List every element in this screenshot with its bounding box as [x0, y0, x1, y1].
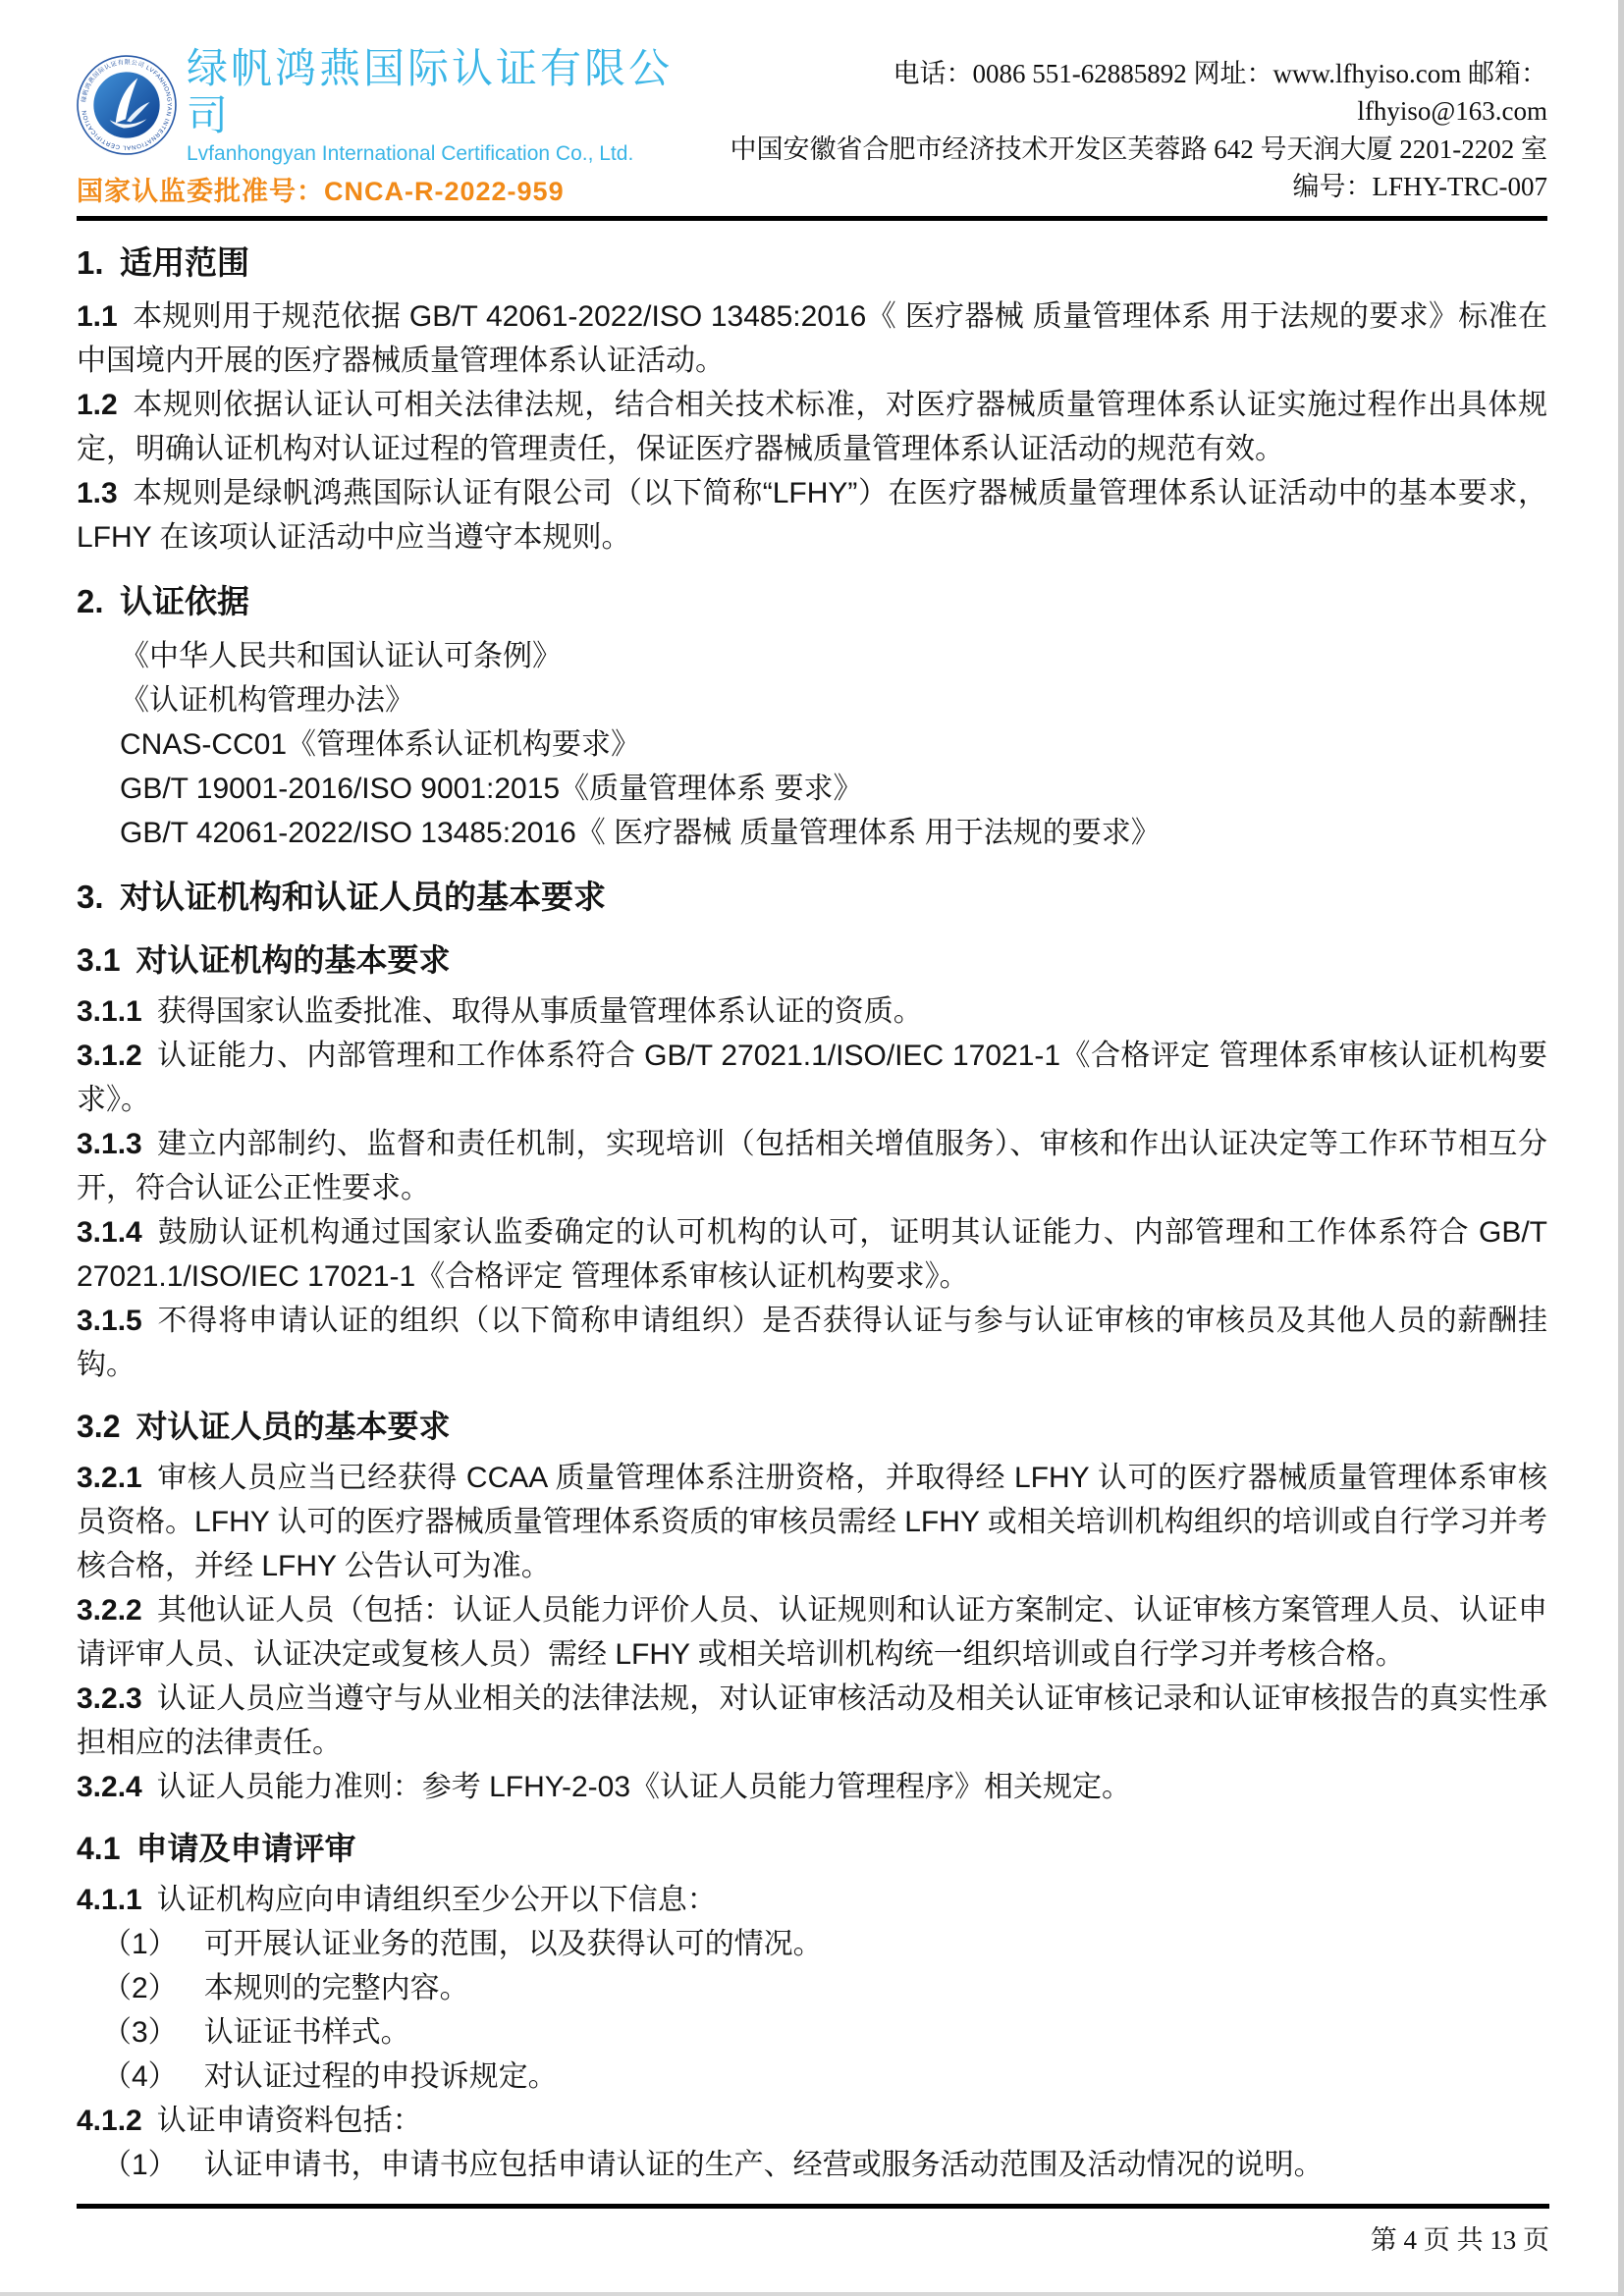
para-4-1-1: 4.1.1认证机构应向申请组织至少公开以下信息： — [77, 1878, 1547, 1922]
document-number: 编号：LFHY-TRC-007 — [711, 168, 1547, 205]
para-3-1-5: 3.1.5不得将申请认证的组织（以下简称申请组织）是否获得认证与参与认证审核的审… — [77, 1299, 1547, 1387]
para-1-2: 1.2本规则依据认证认可相关法律法规，结合相关技术标准，对医疗器械质量管理体系认… — [77, 383, 1547, 471]
heading-2-basis: 2.认证依据 — [77, 577, 1547, 626]
heading-4-1: 4.1申请及申请评审 — [77, 1825, 1547, 1872]
contact-line-phone-web-email: 电话：0086 551-62885892 网址：www.lfhyiso.com … — [711, 55, 1547, 131]
ref-item-3: CNAS-CC01《管理体系认证机构要求》 — [77, 722, 1547, 767]
list-item-4-1-1-1: （1）可开展认证业务的范围，以及获得认可的情况。 — [77, 1922, 1547, 1966]
heading-3-requirements: 3.对认证机构和认证人员的基本要求 — [77, 873, 1547, 922]
heading-3-2: 3.2对认证人员的基本要求 — [77, 1403, 1547, 1450]
company-name-en: Lvfanhongyan International Certification… — [187, 142, 711, 166]
ref-item-5: GB/T 42061-2022/ISO 13485:2016《 医疗器械 质量管… — [77, 811, 1547, 855]
heading-1-scope: 1.适用范围 — [77, 239, 1547, 288]
contact-line-address: 中国安徽省合肥市经济技术开发区芙蓉路 642 号天润大厦 2201-2202 室 — [711, 131, 1547, 168]
document-page: 绿帆鸿燕国际认证有限公司 LVFANHONGYAN INTERNATIONAL … — [0, 0, 1624, 2296]
page-number: 第 4 页 共 13 页 — [77, 2218, 1549, 2257]
para-1-1: 1.1本规则用于规范依据 GB/T 42061-2022/ISO 13485:2… — [77, 294, 1547, 383]
para-3-1-1: 3.1.1获得国家认监委批准、取得从事质量管理体系认证的资质。 — [77, 989, 1547, 1034]
company-logo-icon: 绿帆鸿燕国际认证有限公司 LVFANHONGYAN INTERNATIONAL … — [77, 55, 177, 155]
list-item-4-1-1-2: （2）本规则的完整内容。 — [77, 1966, 1547, 2010]
ref-item-2: 《认证机构管理办法》 — [77, 678, 1547, 722]
para-3-2-3: 3.2.3认证人员应当遵守与从业相关的法律法规，对认证审核活动及相关认证审核记录… — [77, 1677, 1547, 1765]
cnca-approval-number: 国家认监委批准号：CNCA-R-2022-959 — [77, 170, 711, 208]
para-3-1-4: 3.1.4鼓励认证机构通过国家认监委确定的认可机构的认可，证明其认证能力、内部管… — [77, 1210, 1547, 1299]
list-item-4-1-1-3: （3）认证证书样式。 — [77, 2010, 1547, 2055]
para-3-1-3: 3.1.3建立内部制约、监督和责任机制，实现培训（包括相关增值服务）、审核和作出… — [77, 1122, 1547, 1210]
para-3-2-4: 3.2.4认证人员能力准则：参考 LFHY-2-03《认证人员能力管理程序》相关… — [77, 1765, 1547, 1809]
header-contact-block: 电话：0086 551-62885892 网址：www.lfhyiso.com … — [711, 45, 1547, 205]
para-3-2-2: 3.2.2其他认证人员（包括：认证人员能力评价人员、认证规则和认证方案制定、认证… — [77, 1588, 1547, 1677]
footer-divider — [77, 2204, 1549, 2209]
para-4-1-2: 4.1.2认证申请资料包括： — [77, 2099, 1547, 2143]
para-1-3: 1.3本规则是绿帆鸿燕国际认证有限公司（以下简称“LFHY”）在医疗器械质量管理… — [77, 471, 1547, 560]
page-footer: 第 4 页 共 13 页 — [77, 2196, 1549, 2257]
list-item-4-1-2-1: （1）认证申请书，申请书应包括申请认证的生产、经营或服务活动范围及活动情况的说明… — [77, 2143, 1547, 2187]
document-body: 1.适用范围 1.1本规则用于规范依据 GB/T 42061-2022/ISO … — [77, 239, 1547, 2188]
para-3-2-1: 3.2.1审核人员应当已经获得 CCAA 质量管理体系注册资格，并取得经 LFH… — [77, 1456, 1547, 1588]
ref-item-1: 《中华人民共和国认证认可条例》 — [77, 634, 1547, 678]
list-item-4-1-1-4: （4）对认证过程的申投诉规定。 — [77, 2055, 1547, 2099]
company-name-cn: 绿帆鸿燕国际认证有限公司 — [187, 45, 711, 140]
ref-item-4: GB/T 19001-2016/ISO 9001:2015《质量管理体系 要求》 — [77, 767, 1547, 811]
header-divider — [77, 216, 1547, 221]
page-header: 绿帆鸿燕国际认证有限公司 LVFANHONGYAN INTERNATIONAL … — [77, 45, 1547, 208]
heading-3-1: 3.1对认证机构的基本要求 — [77, 936, 1547, 984]
para-3-1-2: 3.1.2认证能力、内部管理和工作体系符合 GB/T 27021.1/ISO/I… — [77, 1034, 1547, 1122]
